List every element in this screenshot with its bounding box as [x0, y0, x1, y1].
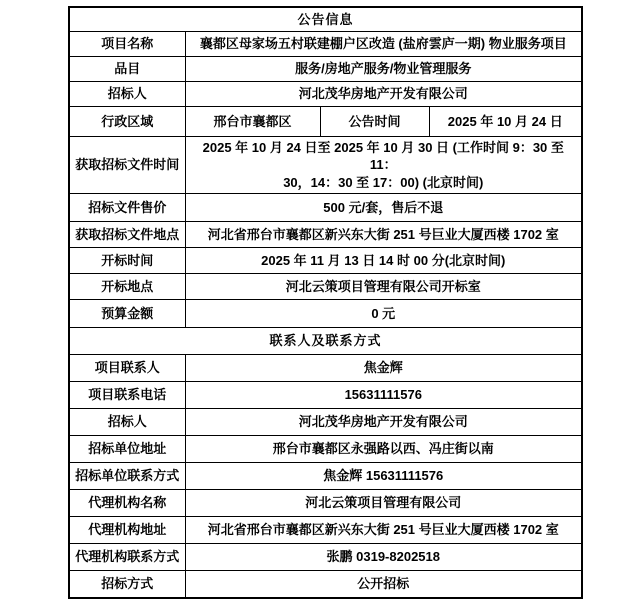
label-agency-address: 代理机构地址	[69, 517, 185, 544]
section-title-announcement: 公告信息	[69, 7, 582, 32]
value-doc-obtain-place: 河北省邢台市襄都区新兴东大街 251 号巨业大厦西楼 1702 室	[185, 222, 582, 248]
table-row-agency-address: 代理机构地址 河北省邢台市襄都区新兴东大街 251 号巨业大厦西楼 1702 室	[69, 517, 582, 544]
value-agency-address: 河北省邢台市襄都区新兴东大街 251 号巨业大厦西楼 1702 室	[185, 517, 582, 544]
section-title-contact: 联系人及联系方式	[69, 328, 582, 355]
table-row-project-name: 项目名称 襄都区母家场五村联建棚户区改造 (盐府雲庐一期) 物业服务项目	[69, 32, 582, 57]
label-tenderee-contact: 招标单位联系方式	[69, 463, 185, 490]
label-doc-price: 招标文件售价	[69, 194, 185, 222]
table-row-tenderee-contact: 招标单位联系方式 焦金辉 15631111576	[69, 463, 582, 490]
table-row-agency-name: 代理机构名称 河北云策项目管理有限公司	[69, 490, 582, 517]
table-row-bid-method: 招标方式 公开招标	[69, 571, 582, 589]
table-row-bid-opening-place: 开标地点 河北云策项目管理有限公司开标室	[69, 274, 582, 300]
table-row-tenderee-2: 招标人 河北茂华房地产开发有限公司	[69, 409, 582, 436]
doc-obtain-time-line2: 30，14：30 至 17：00) (北京时间)	[283, 175, 483, 190]
table-row-agency-contact: 代理机构联系方式 张鹏 0319-8202518	[69, 544, 582, 571]
table-row-tenderee-address: 招标单位地址 邢台市襄都区永强路以西、冯庄街以南	[69, 436, 582, 463]
label-category: 品目	[69, 57, 185, 82]
table-row-project-phone: 项目联系电话 15631111576	[69, 382, 582, 409]
label-agency-name: 代理机构名称	[69, 490, 185, 517]
doc-obtain-time-line1: 2025 年 10 月 24 日至 2025 年 10 月 30 日 (工作时间…	[203, 140, 564, 173]
value-agency-name: 河北云策项目管理有限公司	[185, 490, 582, 517]
label-agency-contact: 代理机构联系方式	[69, 544, 185, 571]
table-row-project-contact: 项目联系人 焦金辉	[69, 355, 582, 382]
label-tenderee-address: 招标单位地址	[69, 436, 185, 463]
table-row-section-contact: 联系人及联系方式	[69, 328, 582, 355]
value-project-contact: 焦金辉	[185, 355, 582, 382]
value-bid-opening-time: 2025 年 11 月 13 日 14 时 00 分(北京时间)	[185, 248, 582, 274]
label-tenderee: 招标人	[69, 82, 185, 107]
value-doc-price: 500 元/套，售后不退	[185, 194, 582, 222]
table-row-doc-obtain-place: 获取招标文件地点 河北省邢台市襄都区新兴东大街 251 号巨业大厦西楼 1702…	[69, 222, 582, 248]
value-project-name: 襄都区母家场五村联建棚户区改造 (盐府雲庐一期) 物业服务项目	[185, 32, 582, 57]
table-row-doc-price: 招标文件售价 500 元/套，售后不退	[69, 194, 582, 222]
value-bid-method: 公开招标	[185, 571, 582, 589]
label-bid-opening-place: 开标地点	[69, 274, 185, 300]
table-row-admin-region: 行政区域 邢台市襄都区 公告时间 2025 年 10 月 24 日	[69, 107, 582, 137]
value-tenderee-address: 邢台市襄都区永强路以西、冯庄街以南	[185, 436, 582, 463]
value-tenderee: 河北茂华房地产开发有限公司	[185, 82, 582, 107]
table-row-doc-obtain-time: 获取招标文件时间 2025 年 10 月 24 日至 2025 年 10 月 3…	[69, 137, 582, 194]
value-doc-obtain-time: 2025 年 10 月 24 日至 2025 年 10 月 30 日 (工作时间…	[185, 137, 582, 194]
label-doc-obtain-place: 获取招标文件地点	[69, 222, 185, 248]
label-bid-method: 招标方式	[69, 571, 185, 589]
table-row-section-announcement: 公告信息	[69, 7, 582, 32]
label-tenderee-2: 招标人	[69, 409, 185, 436]
label-project-phone: 项目联系电话	[69, 382, 185, 409]
label-bid-opening-time: 开标时间	[69, 248, 185, 274]
label-project-contact: 项目联系人	[69, 355, 185, 382]
value-bid-opening-place: 河北云策项目管理有限公司开标室	[185, 274, 582, 300]
label-announcement-time: 公告时间	[320, 107, 429, 137]
value-admin-region: 邢台市襄都区	[185, 107, 320, 137]
table-row-budget-amount: 预算金额 0 元	[69, 300, 582, 328]
value-budget-amount: 0 元	[185, 300, 582, 328]
table-row-bid-opening-time: 开标时间 2025 年 11 月 13 日 14 时 00 分(北京时间)	[69, 248, 582, 274]
announcement-document: 公告信息 项目名称 襄都区母家场五村联建棚户区改造 (盐府雲庐一期) 物业服务项…	[68, 6, 583, 588]
value-announcement-time: 2025 年 10 月 24 日	[429, 107, 582, 137]
label-project-name: 项目名称	[69, 32, 185, 57]
label-budget-amount: 预算金额	[69, 300, 185, 328]
value-agency-contact: 张鹏 0319-8202518	[185, 544, 582, 571]
announcement-table: 公告信息 项目名称 襄都区母家场五村联建棚户区改造 (盐府雲庐一期) 物业服务项…	[68, 6, 583, 588]
table-row-category: 品目 服务/房地产服务/物业管理服务	[69, 57, 582, 82]
table-row-tenderee: 招标人 河北茂华房地产开发有限公司	[69, 82, 582, 107]
label-admin-region: 行政区域	[69, 107, 185, 137]
value-tenderee-contact: 焦金辉 15631111576	[185, 463, 582, 490]
value-tenderee-2: 河北茂华房地产开发有限公司	[185, 409, 582, 436]
value-project-phone: 15631111576	[185, 382, 582, 409]
label-doc-obtain-time: 获取招标文件时间	[69, 137, 185, 194]
value-category: 服务/房地产服务/物业管理服务	[185, 57, 582, 82]
